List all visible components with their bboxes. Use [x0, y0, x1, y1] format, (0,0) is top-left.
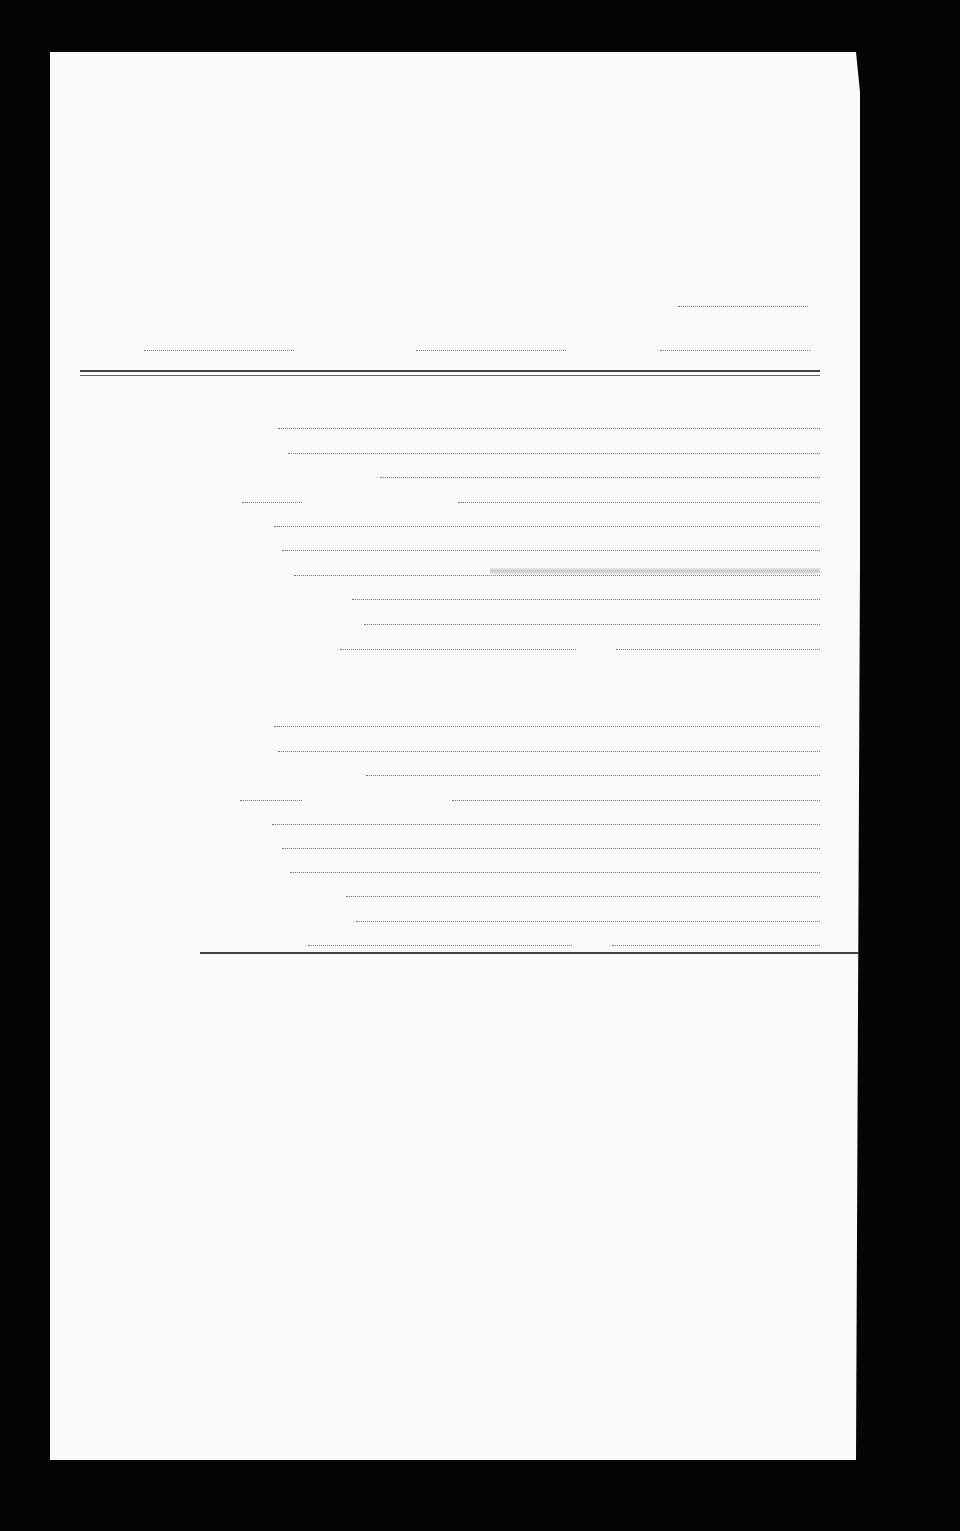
municipality-line	[660, 350, 810, 351]
bride-full-name-line	[274, 726, 820, 727]
groom-occupation-line	[288, 453, 820, 454]
groom-residence-line	[274, 526, 820, 527]
county-line	[144, 350, 294, 351]
header-divider	[80, 370, 820, 372]
bride-residence-line	[272, 824, 820, 825]
bride-marital-line	[366, 775, 820, 776]
marriage-register-page	[50, 52, 860, 1460]
town-line	[416, 350, 566, 351]
bride-religion-line	[452, 800, 820, 801]
groom-father-line	[294, 575, 820, 576]
groom-read-line	[340, 649, 576, 650]
registered-no-field	[678, 306, 808, 307]
bride-mother-line	[356, 921, 820, 922]
groom-age-line	[242, 502, 302, 503]
groom-father-birthplace-line	[352, 599, 820, 600]
bride-father-line	[290, 872, 820, 873]
groom-birthplace-line	[282, 550, 820, 551]
bride-father-birthplace-line	[346, 896, 820, 897]
header-divider-thin	[80, 375, 820, 376]
paper-crease	[490, 568, 820, 574]
bride-write-line	[612, 945, 820, 946]
groom-write-line	[616, 649, 820, 650]
bride-birthplace-line	[282, 848, 820, 849]
groom-religion-line	[458, 502, 820, 503]
groom-marital-line	[380, 477, 820, 478]
bride-occupation-line	[278, 751, 820, 752]
bride-divider	[200, 952, 860, 954]
groom-mother-line	[364, 624, 820, 625]
bride-age-line	[240, 800, 302, 801]
bride-read-line	[308, 945, 572, 946]
groom-full-name-line	[278, 428, 820, 429]
